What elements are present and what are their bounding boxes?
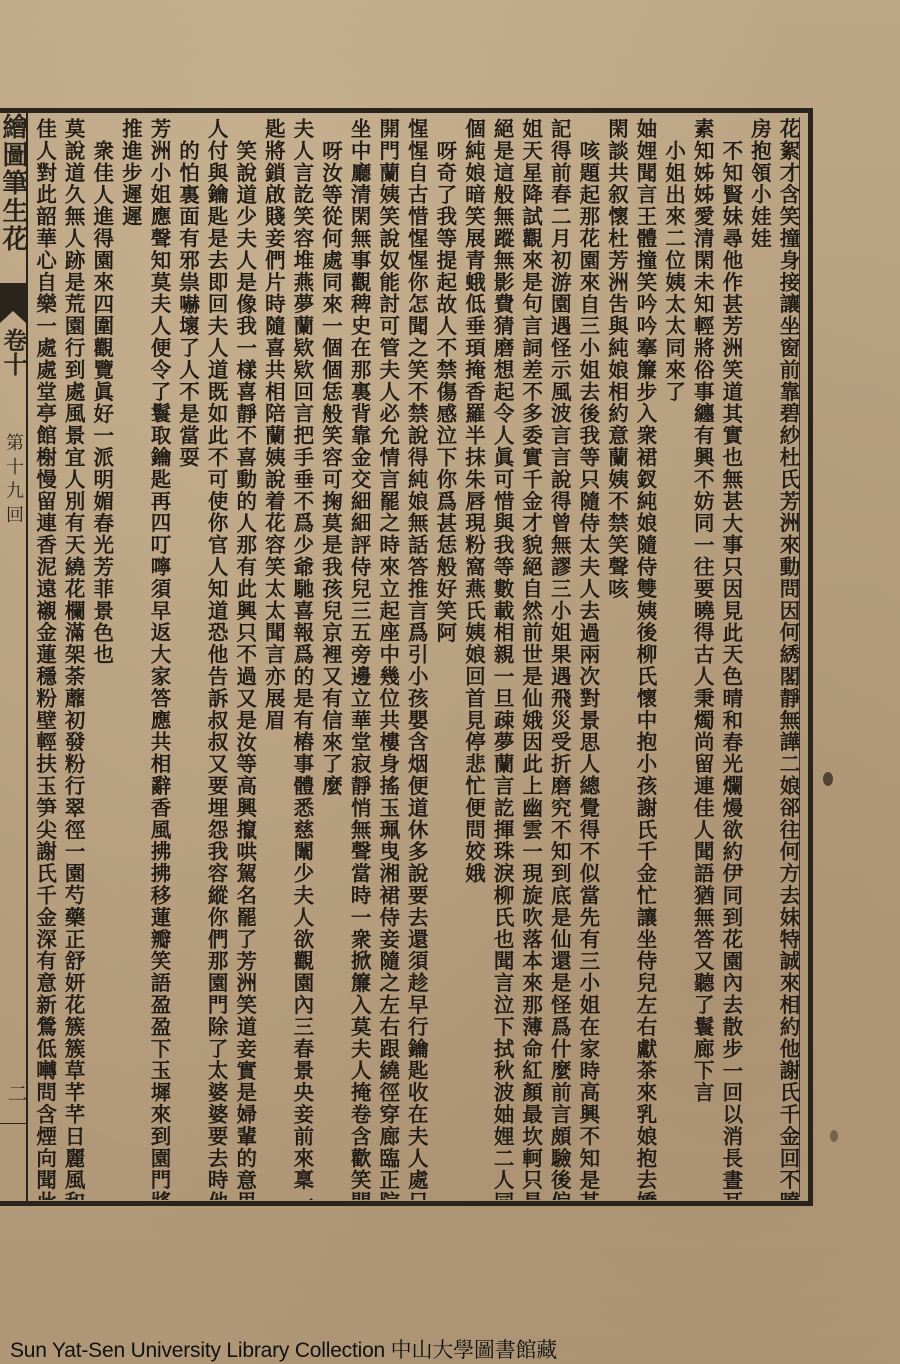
- ink-blot: [830, 1130, 838, 1142]
- fishtail-mark-icon: [0, 283, 26, 323]
- text-column: 開門蘭姨笑說奴能討可管夫人必允情言罷之時來立起座中幾位共樓身搖玉珮曳湘裙侍妾隨之…: [373, 118, 402, 1200]
- text-column: 衆佳人進得園來四圍觀覽眞好一派明媚春光芳菲景色也: [87, 118, 116, 1200]
- chapter-label: 第十九回: [2, 433, 24, 529]
- text-column: 素知姊姊愛清閑未知輕將俗事纏有興不妨同一往要曉得古人秉燭尚留連佳人聞語猶無答又聽…: [688, 118, 717, 1200]
- text-column: 坐中廳清閑無事觀稗史在那裏背靠金交細細評侍兒三五旁邊立華堂寂靜悄無聲當時一衆掀簾…: [345, 118, 374, 1200]
- text-column: 閑談共叙懷杜芳洲吿與純娘相約意蘭姨不禁笑聲咳: [602, 118, 631, 1200]
- text-column: 咳題起那花園來自三小姐去後我等只隨侍太夫人去過兩次對景思人總覺得不似當先有三小姐…: [573, 118, 602, 1200]
- book-title: 繪圖筆生花: [0, 113, 26, 253]
- text-column: 匙將鎖啟賤妾們片時隨喜共相陪蘭姨說着花容笑太太聞言亦展眉: [259, 118, 288, 1200]
- text-column: 佳人對此韶華心自樂一處處堂亭館榭慢留連香泥遠襯金蓮穩粉壁輕扶玉笋尖謝氏千金深有意…: [30, 118, 59, 1200]
- text-column: 個純娘暗笑展青蛾低垂頊掩香羅半抹朱唇現粉窩燕氏姨娘回首見停悲忙便問姣娥: [459, 118, 488, 1200]
- text-column: 絕是這般無蹤無影費猜磨想起令人眞可惜與我等數載相親一旦疎夢蘭言訖揮珠淚柳氏也聞言…: [487, 118, 516, 1200]
- divider: [0, 1123, 26, 1124]
- text-column: 人付與鑰匙是去即回夫人道既如此不可使你官人知道恐他告訴叔叔又要埋怨我容縱你們那園…: [202, 118, 231, 1200]
- text-column: 姐天星降試觀來是句言詞差不多委實千金才貌絕自然前世是仙娥因此上幽雲一現旋吹落本來…: [516, 118, 545, 1200]
- ink-blot: [823, 772, 833, 786]
- text-column: 呀汝等從何處同來一個個恁般笑容可掬莫是我孩兒京裡又有信來了麼: [316, 118, 345, 1200]
- text-column: 花絮才含笑撞身接讓坐窗前靠碧紗杜氏芳洲來動問因何綉閣靜無譁二娘郤往何方去妹特誠來…: [773, 118, 802, 1200]
- block-margin: 繪圖筆生花 卷十 第十九回 二: [0, 113, 28, 1201]
- text-column: 推進步遲遲: [116, 118, 145, 1200]
- text-column: 惺惺自古惜惺惺你怎聞之笑不禁說得純娘無話答推言爲引小孩嬰含烟便道休多說要去還須趁…: [402, 118, 431, 1200]
- text-column: 小姐出來二位姨太太同來了: [659, 118, 688, 1200]
- text-column: 房抱領小娃娃: [745, 118, 774, 1200]
- text-column: 笑說道少夫人是像我一樣喜靜不喜動的人那有此興只不過又是汝等高興攛哄駕名罷了芳洲笑…: [230, 118, 259, 1200]
- text-column: 妯娌聞言王體撞笑吟吟搴簾步入衆裙釵純娘隨侍雙姨後柳氏懷中抱小孩謝氏千金忙讓坐侍兒…: [630, 118, 659, 1200]
- vertical-text-body: 花絮才含笑撞身接讓坐窗前靠碧紗杜氏芳洲來動問因何綉閣靜無譁二娘郤往何方去妹特誠來…: [30, 118, 802, 1200]
- folio-number: 二: [2, 1083, 31, 1103]
- volume-label: 卷十: [0, 328, 26, 376]
- text-column: 不知賢妹尋他作甚芳洲笑道其實也無甚大事只因見此天色晴和春光爛熳欲約伊同到花園內去…: [716, 118, 745, 1200]
- text-column: 呀奇了我等提起故人不禁傷感泣下你爲甚恁般好笑阿: [430, 118, 459, 1200]
- text-column: 的怕裏面有邪祟嚇壞了人不是當耍: [173, 118, 202, 1200]
- text-column: 夫人言訖笑容堆燕夢蘭欵欵回言把手垂不爲少爺馳喜報爲的是有樁事體悉慈闈少夫人欲觀園…: [287, 118, 316, 1200]
- text-column: 記得前春二月初游園遇怪示風波言言說得曾無謬三小姐果遇飛災受折磨究不知到底是仙還是…: [545, 118, 574, 1200]
- library-collection-caption: Sun Yat-Sen University Library Collectio…: [10, 1334, 557, 1364]
- text-column: 莫說道久無人跡是荒園行到處風景宜人別有天繞花欄滿架荼蘼初發粉行翠徑一園芍藥正舒妍…: [59, 118, 88, 1200]
- text-column: 芳洲小姐應聲知莫夫人便令了鬟取鑰匙再四叮嚀須早返大家答應共相辭香風拂拂移蓮瓣笑語…: [144, 118, 173, 1200]
